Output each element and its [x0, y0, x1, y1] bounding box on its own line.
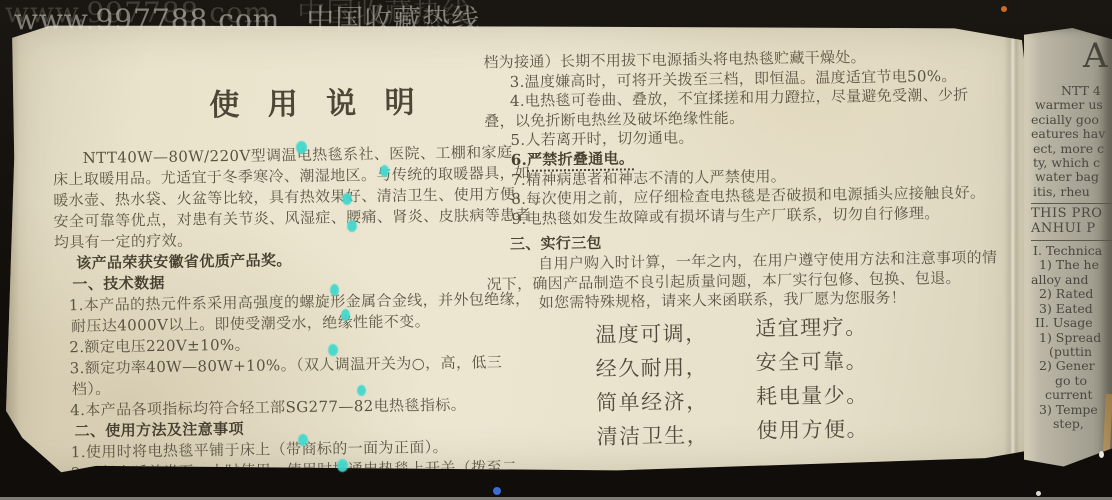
english-line: II. Usage — [1035, 316, 1112, 330]
english-line: ect, more c — [1033, 142, 1112, 156]
english-line: eatures hav — [1031, 127, 1112, 141]
slogan-row: 清洁卫生，使用方便。 — [596, 417, 869, 455]
slogan-right: 耗电量少。 — [756, 379, 869, 411]
page-content: 使 用 说 明 NTT40W—80W/220V型调温电热毯系社、医院、工棚和家庭… — [1, 15, 1029, 481]
orange-speck — [1001, 6, 1007, 12]
highlight-mark — [337, 459, 348, 472]
english-line: 1) Spread — [1039, 331, 1112, 345]
scanned-manual-photo: 使 用 说 明 NTT40W—80W/220V型调温电热毯系社、医院、工棚和家庭… — [0, 0, 1112, 500]
white-speck — [1099, 451, 1104, 458]
manual-left-page: 使 用 说 明 NTT40W—80W/220V型调温电热毯系社、医院、工棚和家庭… — [4, 22, 1026, 474]
manual-back-page: A NTT 4 warmer us ecially goo eatures ha… — [1024, 28, 1112, 480]
english-line: 1) The he — [1039, 258, 1112, 272]
slogan-left: 经久耐用， — [595, 351, 755, 383]
divider-line — [1031, 240, 1112, 241]
middle-column: 档为接通）长期不用拔下电源插头将电热毯贮藏干燥处。 3.温度嫌高时，可将开关拨至… — [483, 47, 973, 314]
highlight-mark — [342, 193, 352, 205]
english-line: NTT 4 — [1061, 84, 1112, 98]
english-line: itis, rheu — [1033, 185, 1112, 199]
english-line: warmer us — [1035, 98, 1112, 112]
warning-emphasized-text: 严禁折叠通电。 — [527, 149, 634, 171]
highlight-mark — [357, 385, 366, 396]
english-line: alloy and — [1031, 273, 1112, 287]
highlight-mark — [341, 309, 350, 321]
slogan-list: 温度可调，适宜理疗。 经久耐用，安全可靠。 简单经济，耗电量少。 清洁卫生，使用… — [595, 315, 869, 455]
highlight-mark — [347, 220, 357, 232]
english-line: (puttin — [1049, 345, 1112, 359]
english-line: I. Technica — [1033, 244, 1112, 258]
english-line: 3) Tempe — [1039, 403, 1112, 417]
english-line: ecially goo — [1031, 113, 1112, 127]
blue-speck — [493, 487, 501, 495]
english-line: go to — [1055, 374, 1112, 388]
english-line: 3) Eated — [1039, 302, 1112, 316]
english-line: water bag — [1035, 170, 1112, 184]
english-line: ty, which c — [1033, 156, 1112, 170]
slogan-right: 适宜理疗。 — [755, 311, 868, 343]
english-line: 2) Gener — [1039, 359, 1112, 373]
divider-line — [1031, 203, 1112, 204]
slogan-left: 清洁卫生， — [596, 419, 756, 451]
highlight-mark — [328, 344, 338, 356]
english-banner-line: ANHUI P — [1031, 222, 1112, 236]
slogan-right: 使用方便。 — [756, 413, 869, 445]
page-title: 使 用 说 明 — [144, 76, 481, 125]
slogan-left: 简单经济， — [596, 385, 756, 417]
english-line: 2) Rated — [1039, 287, 1112, 301]
english-line: current — [1045, 388, 1112, 402]
highlight-mark — [296, 141, 307, 154]
warning-number: 6. — [511, 151, 528, 169]
white-speck — [1036, 491, 1041, 496]
highlight-mark — [380, 165, 389, 177]
watermark: www.997788.com 中国收藏热线 — [14, 0, 1024, 38]
slogan-left: 温度可调， — [595, 317, 755, 349]
english-column: A NTT 4 warmer us ecially goo eatures ha… — [1031, 34, 1112, 474]
english-banner-line: THIS PRO — [1031, 207, 1112, 221]
highlight-mark — [330, 284, 339, 296]
slogan-right: 安全可靠。 — [755, 345, 868, 377]
highlight-mark — [298, 434, 308, 446]
english-heading-initial: A — [1083, 38, 1112, 74]
left-column: NTT40W—80W/220V型调温电热毯系社、医院、工棚和家庭 床上取暖用品。… — [53, 142, 504, 484]
